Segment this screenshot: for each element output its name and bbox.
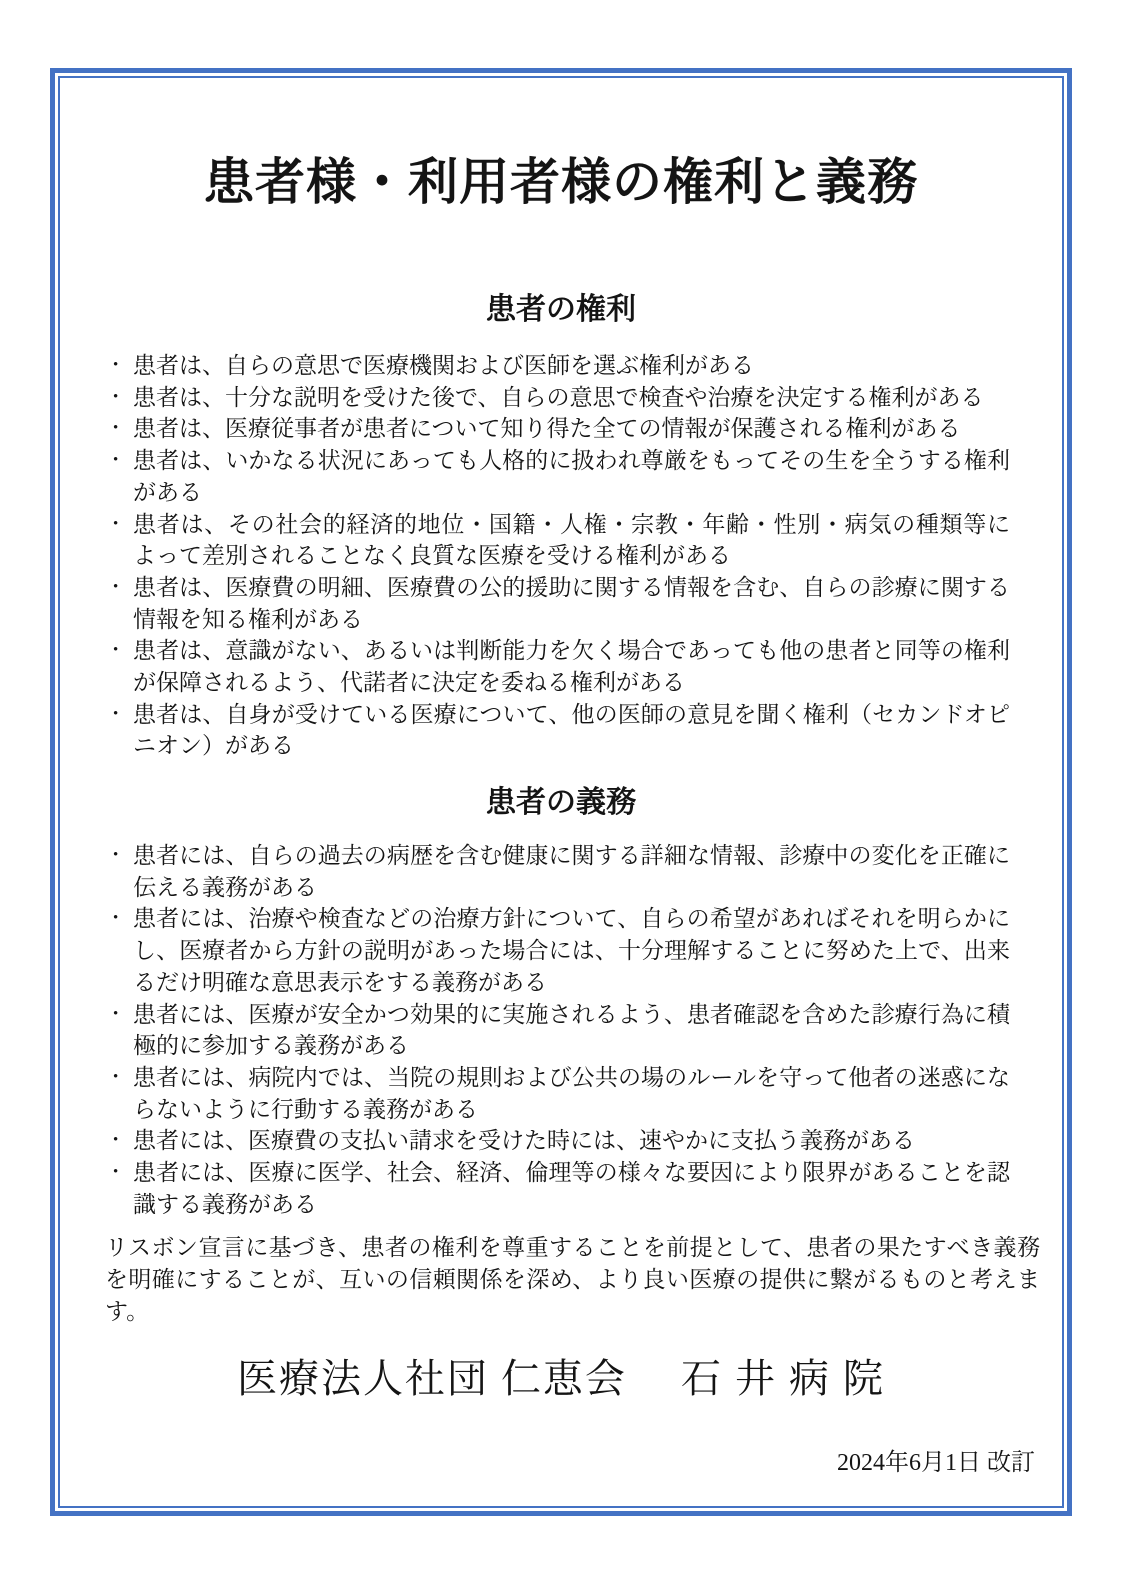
bullet-icon: •: [113, 572, 118, 604]
page-title: 患者様・利用者様の権利と義務: [50, 146, 1072, 218]
list-item-text: 患者には、医療が安全かつ効果的に実施されるよう、患者確認を含めた診療行為に積極的…: [133, 1002, 1010, 1059]
bullet-icon: •: [113, 413, 118, 445]
list-item: •患者は、いかなる状況にあっても人格的に扱われ尊厳をもってその生を全うする権利が…: [105, 445, 1010, 508]
list-item: •患者には、医療費の支払い請求を受けた時には、速やかに支払う義務がある: [105, 1125, 1010, 1157]
closing-note: リスボン宣言に基づき、患者の権利を尊重することを前提として、患者の果たすべき義務…: [105, 1232, 1040, 1328]
list-item-text: 患者は、医療費の明細、医療費の公的援助に関する情報を含む、自らの診療に関する情報…: [133, 575, 1010, 632]
list-item-text: 患者は、意識がない、あるいは判断能力を欠く場合であっても他の患者と同等の権利が保…: [133, 638, 1010, 695]
list-item-text: 患者には、医療費の支払い請求を受けた時には、速やかに支払う義務がある: [133, 1128, 915, 1153]
list-item-text: 患者は、十分な説明を受けた後で、自らの意思で検査や治療を決定する権利がある: [133, 385, 984, 410]
list-item-text: 患者は、医療従事者が患者について知り得た全ての情報が保護される権利がある: [133, 416, 961, 441]
bullet-icon: •: [113, 350, 118, 382]
bullet-icon: •: [113, 445, 118, 477]
bullet-icon: •: [113, 382, 118, 414]
list-item-text: 患者には、自らの過去の病歴を含む健康に関する詳細な情報、診療中の変化を正確に伝え…: [133, 843, 1010, 900]
list-item: •患者は、自らの意思で医療機関および医師を選ぶ権利がある: [105, 350, 1010, 382]
list-item-text: 患者には、治療や検査などの治療方針について、自らの希望があればそれを明らかにし、…: [133, 906, 1010, 994]
list-item: •患者には、医療に医学、社会、経済、倫理等の様々な要因により限界があることを認識…: [105, 1157, 1010, 1220]
list-item-text: 患者は、自らの意思で医療機関および医師を選ぶ権利がある: [133, 353, 754, 378]
bullet-icon: •: [113, 840, 118, 872]
list-item: •患者には、医療が安全かつ効果的に実施されるよう、患者確認を含めた診療行為に積極…: [105, 999, 1010, 1062]
list-item: •患者は、その社会的経済的地位・国籍・人権・宗教・年齢・性別・病気の種類等によっ…: [105, 509, 1010, 572]
list-item-text: 患者は、自身が受けている医療について、他の医師の意見を聞く権利（セカンドオピニオ…: [133, 702, 1010, 759]
bullet-icon: •: [113, 1125, 118, 1157]
list-item: •患者は、意識がない、あるいは判断能力を欠く場合であっても他の患者と同等の権利が…: [105, 635, 1010, 698]
organization-name: 医療法人社団 仁恵会 石 井 病 院: [50, 1350, 1072, 1408]
bullet-icon: •: [113, 1062, 118, 1094]
list-item: •患者には、病院内では、当院の規則および公共の場のルールを守って他者の迷惑になら…: [105, 1062, 1010, 1125]
list-item: •患者には、自らの過去の病歴を含む健康に関する詳細な情報、診療中の変化を正確に伝…: [105, 840, 1010, 903]
list-item: •患者は、医療従事者が患者について知り得た全ての情報が保護される権利がある: [105, 413, 1010, 445]
duties-list: •患者には、自らの過去の病歴を含む健康に関する詳細な情報、診療中の変化を正確に伝…: [105, 840, 1010, 1220]
list-item-text: 患者は、いかなる状況にあっても人格的に扱われ尊厳をもってその生を全うする権利があ…: [133, 448, 1010, 505]
list-item-text: 患者には、病院内では、当院の規則および公共の場のルールを守って他者の迷惑にならな…: [133, 1065, 1010, 1122]
bullet-icon: •: [113, 699, 118, 731]
rights-list: •患者は、自らの意思で医療機関および医師を選ぶ権利がある •患者は、十分な説明を…: [105, 350, 1010, 762]
list-item: •患者は、自身が受けている医療について、他の医師の意見を聞く権利（セカンドオピニ…: [105, 699, 1010, 762]
list-item-text: 患者は、その社会的経済的地位・国籍・人権・宗教・年齢・性別・病気の種類等によって…: [133, 512, 1010, 569]
list-item: •患者は、医療費の明細、医療費の公的援助に関する情報を含む、自らの診療に関する情…: [105, 572, 1010, 635]
revision-date: 2024年6月1日 改訂: [50, 1448, 1035, 1478]
bullet-icon: •: [113, 903, 118, 935]
rights-section-heading: 患者の権利: [50, 290, 1072, 330]
bullet-icon: •: [113, 635, 118, 667]
bullet-icon: •: [113, 999, 118, 1031]
bullet-icon: •: [113, 1157, 118, 1189]
duties-section-heading: 患者の義務: [50, 783, 1072, 823]
list-item: •患者には、治療や検査などの治療方針について、自らの希望があればそれを明らかにし…: [105, 903, 1010, 998]
list-item: •患者は、十分な説明を受けた後で、自らの意思で検査や治療を決定する権利がある: [105, 382, 1010, 414]
bullet-icon: •: [113, 509, 118, 541]
list-item-text: 患者には、医療に医学、社会、経済、倫理等の様々な要因により限界があることを認識す…: [133, 1160, 1010, 1217]
